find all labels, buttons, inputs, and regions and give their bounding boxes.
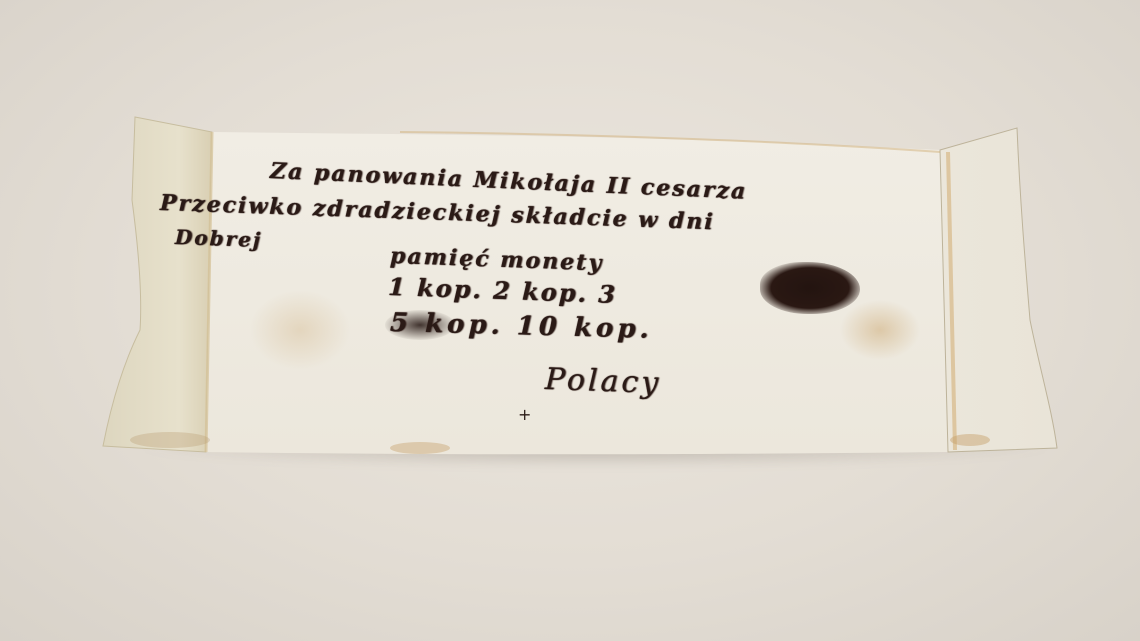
note-signature: Polacy <box>544 362 661 401</box>
cross-mark: + <box>518 405 531 424</box>
note-line-3: Dobrej <box>175 225 263 252</box>
ink-blot <box>760 262 860 314</box>
photo-scene: Za panowania Mikołaja II cesarza Przeciw… <box>0 0 1140 641</box>
handwritten-note: Za panowania Mikołaja II cesarza Przeciw… <box>0 0 1140 641</box>
